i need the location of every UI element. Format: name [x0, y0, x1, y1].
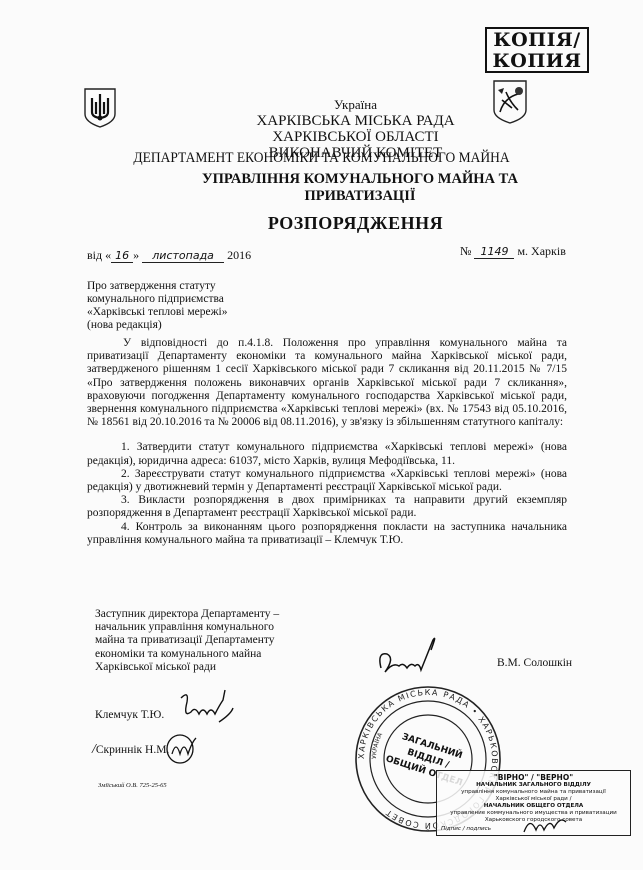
- approval-name-text: Скриннік Н.М.: [96, 744, 169, 756]
- subject-line: Про затвердження статуту: [87, 280, 227, 293]
- region-name: ХАРКІВСЬКОЇ ОБЛАСТІ: [68, 129, 643, 145]
- document-subject: Про затвердження статуту комунального пі…: [87, 280, 227, 332]
- signature-icon: [175, 688, 235, 730]
- signature-icon: [520, 812, 570, 838]
- verno-header: "ВІРНО" / "ВЕРНО": [441, 773, 626, 782]
- svg-text:УКРАЇНА: УКРАЇНА: [371, 731, 385, 759]
- signatory-title-line: майна та приватизації Департаменту: [95, 634, 279, 647]
- document-date: від «16» листопада 2016: [87, 248, 251, 263]
- document-title: РОЗПОРЯДЖЕННЯ: [34, 213, 643, 234]
- subject-line: (нова редакція): [87, 319, 227, 332]
- subject-line: «Харківські теплові мережі»: [87, 306, 227, 319]
- signatory-title: Заступник директора Департаменту – начал…: [95, 608, 279, 674]
- administration-name: УПРАВЛІННЯ КОМУНАЛЬНОГО МАЙНА ТА ПРИВАТИ…: [160, 171, 560, 205]
- copy-stamp-line2: КОПИЯ: [487, 51, 587, 72]
- date-year: 2016: [227, 248, 251, 262]
- signatory-title-line: Харківської міської ради: [95, 661, 279, 674]
- document-body: У відповідності до п.4.1.8. Положення пр…: [87, 337, 567, 547]
- signatory-title-line: економіки та комунального майна: [95, 648, 279, 661]
- order-item: 2. Зареєструвати статут комунального під…: [87, 468, 567, 494]
- signatory-name: В.М. Солошкін: [497, 657, 572, 669]
- order-items: 1. Затвердити статут комунального підпри…: [87, 441, 567, 547]
- verno-line: Харківської міської ради /: [441, 796, 626, 803]
- verno-line: НАЧАЛЬНИК ОБЩЕГО ОТДЕЛА: [441, 803, 626, 810]
- verno-line: НАЧАЛЬНИК ЗАГАЛЬНОГО ВІДДІЛУ: [441, 782, 626, 789]
- order-item: 1. Затвердити статут комунального підпри…: [87, 441, 567, 467]
- copy-stamp-line1: КОПІЯ/: [487, 30, 587, 51]
- signatory-title-line: Заступник директора Департаменту –: [95, 608, 279, 621]
- issue-city: м. Харків: [517, 244, 565, 258]
- order-item: 4. Контроль за виконанням цього розпоряд…: [87, 521, 567, 547]
- date-mid: »: [133, 248, 139, 262]
- verno-line: управління комунального майна та привати…: [441, 789, 626, 796]
- approval-name: Клемчук Т.Ю.: [95, 709, 164, 721]
- signatory-title-line: начальник управління комунального: [95, 621, 279, 634]
- preamble-paragraph: У відповідності до п.4.1.8. Положення пр…: [87, 337, 567, 429]
- approval-name: /Скриннік Н.М.: [92, 742, 169, 758]
- country-name: Україна: [68, 97, 643, 113]
- council-name: ХАРКІВСЬКА МІСЬКА РАДА: [68, 113, 643, 129]
- date-day: 16: [111, 249, 133, 263]
- number-value: 1149: [474, 245, 514, 259]
- subject-line: комунального підприємства: [87, 293, 227, 306]
- date-month: листопада: [142, 249, 224, 263]
- department-name: ДЕПАРТАМЕНТ ЕКОНОМІКИ ТА КОМУНАЛЬНОГО МА…: [23, 150, 621, 167]
- date-prefix: від «: [87, 248, 111, 262]
- executor-contact: Зміїський О.В. 725-25-65: [98, 782, 167, 789]
- document-number: № 1149 м. Харків: [460, 244, 566, 259]
- signature-icon: [162, 732, 202, 766]
- copy-stamp: КОПІЯ/ КОПИЯ: [485, 27, 589, 73]
- number-prefix: №: [460, 244, 471, 258]
- order-item: 3. Викласти розпорядження в двох примірн…: [87, 494, 567, 520]
- seal-bottom-text: УКРАЇНА: [371, 731, 385, 759]
- signature-icon: [375, 632, 445, 682]
